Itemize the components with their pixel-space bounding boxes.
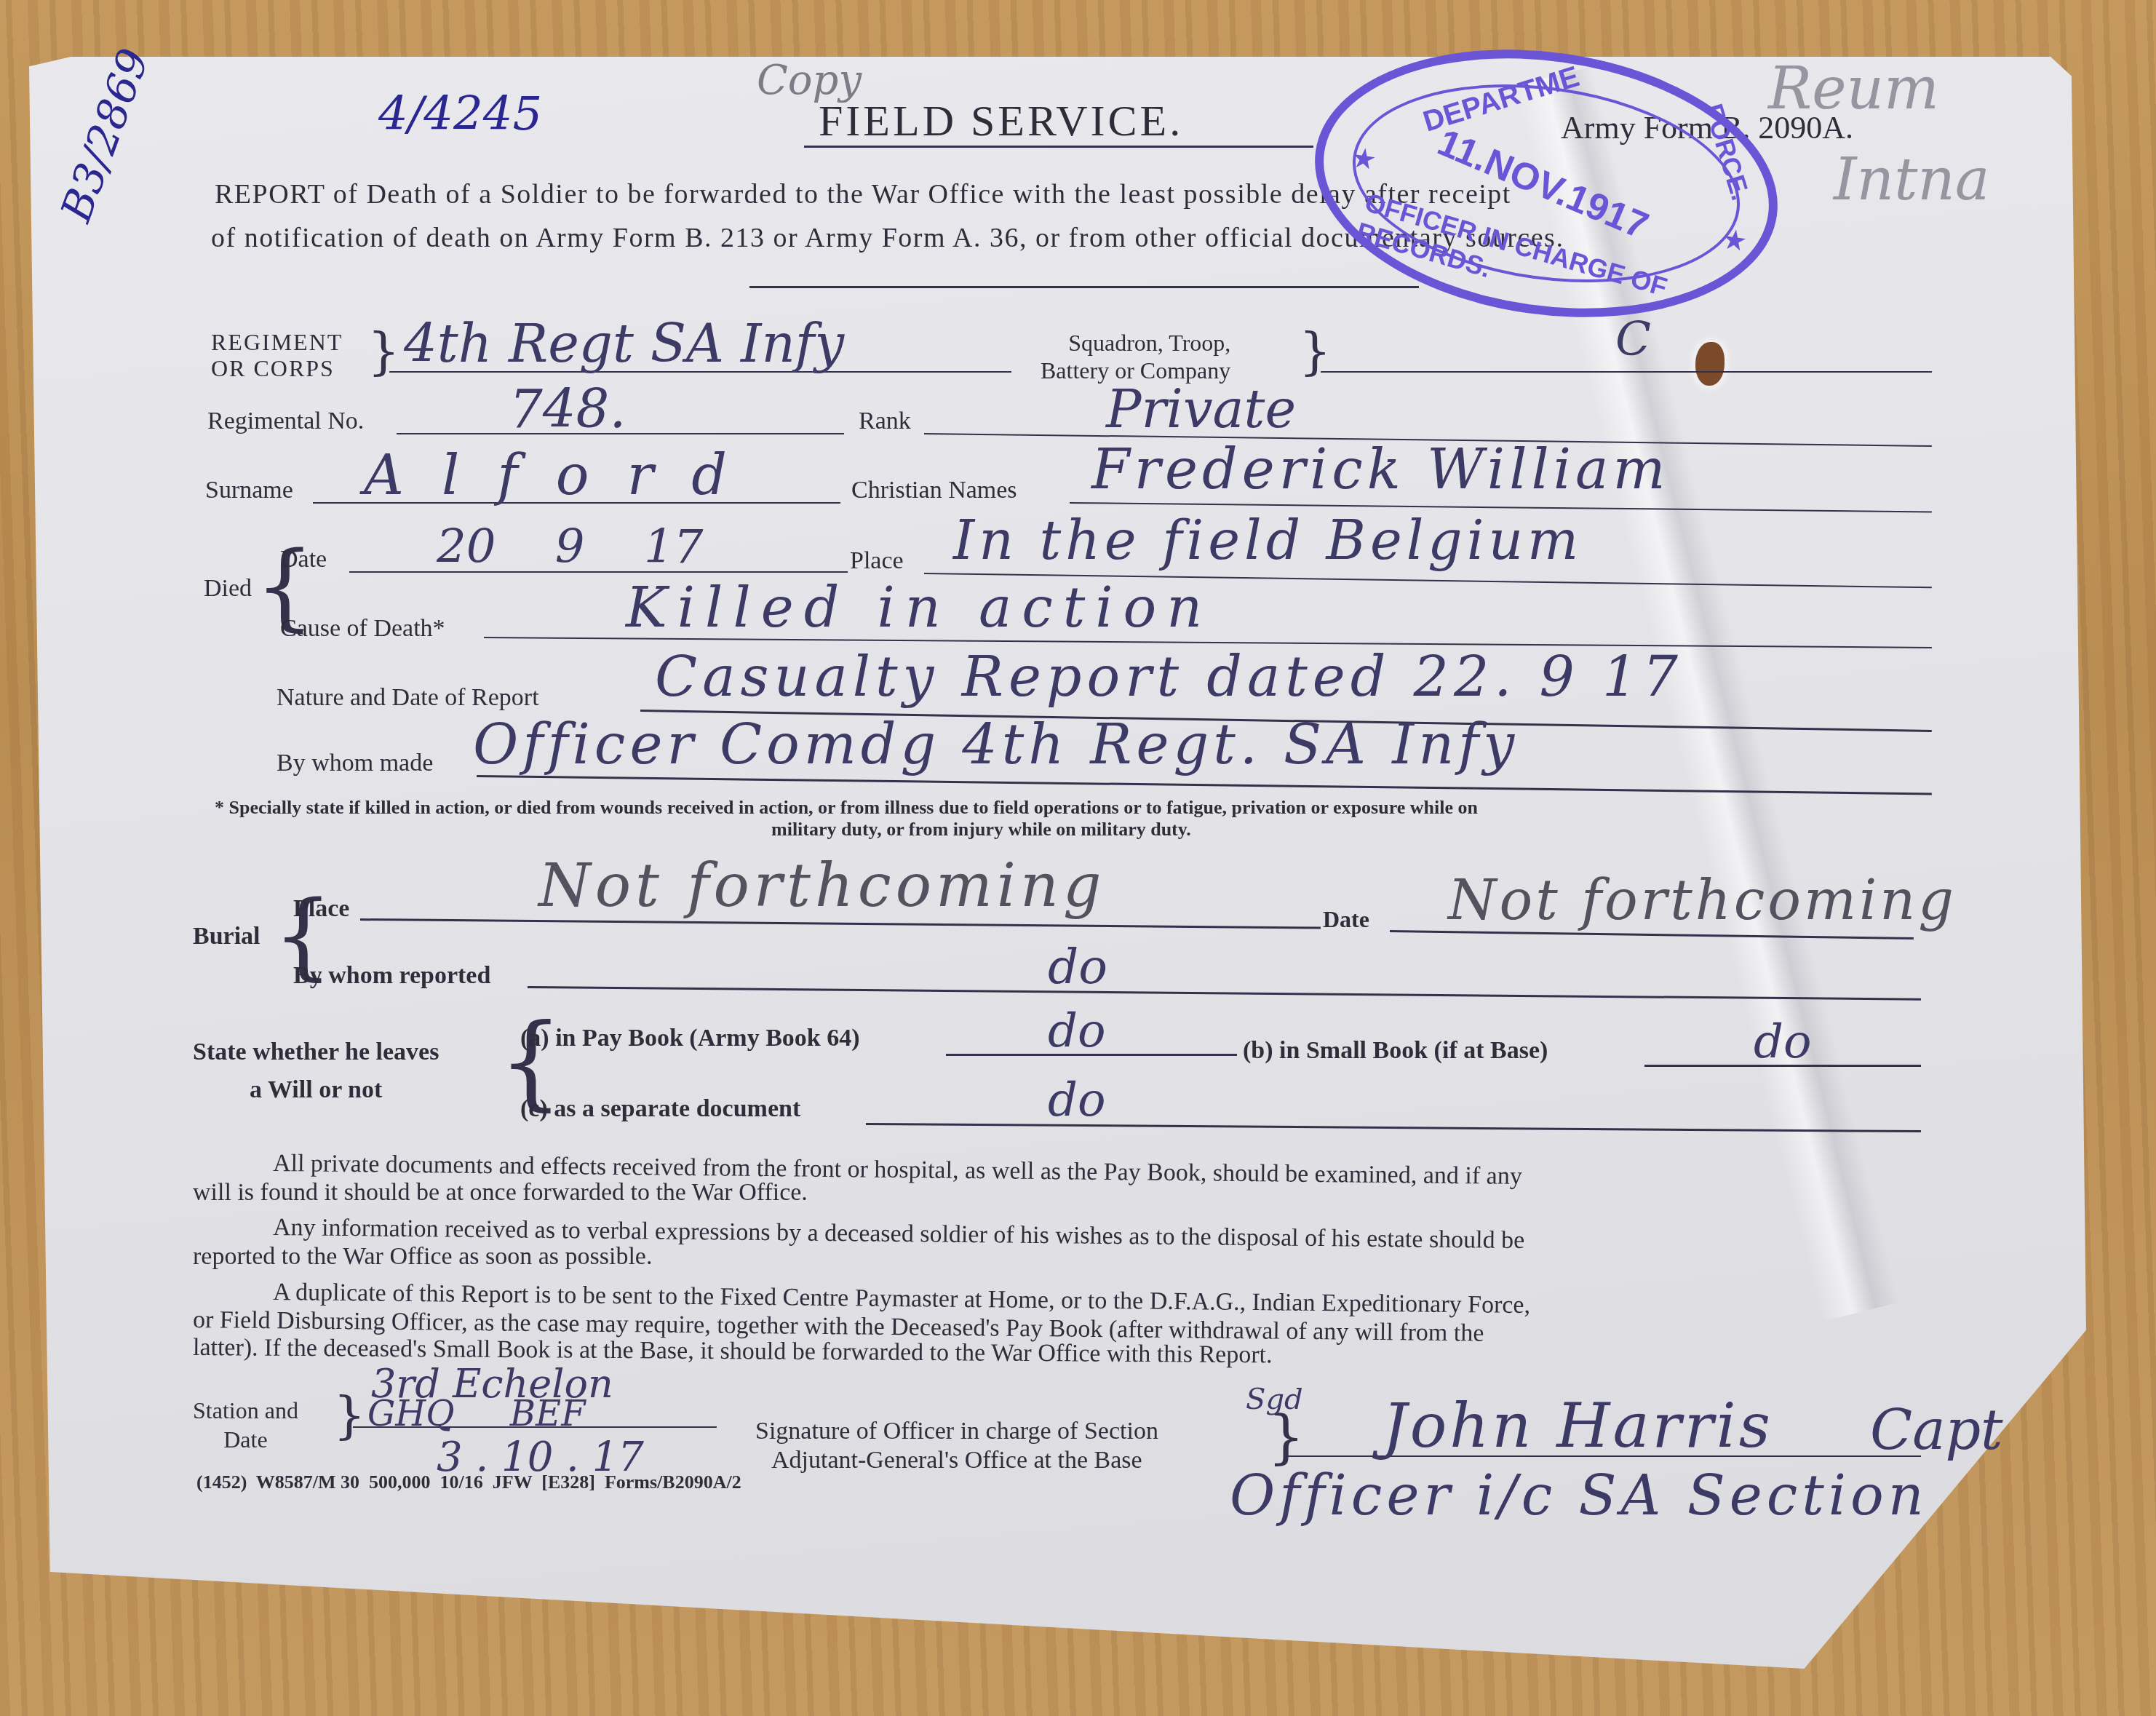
squadron-label: Squadron, Troop, Battery or Company xyxy=(1041,329,1230,384)
will-b-value[interactable]: do xyxy=(1754,1015,1812,1069)
title-underline xyxy=(804,146,1313,148)
will-c-label: (c) as a separate document xyxy=(520,1095,800,1123)
station-label: Station and Date xyxy=(193,1396,298,1454)
regiment-brace: } xyxy=(367,326,400,377)
burial-label: Burial xyxy=(193,923,260,950)
reported-by-value[interactable]: do xyxy=(1048,939,1107,995)
header-divider xyxy=(749,286,1419,288)
died-date-value[interactable]: 20 9 17 xyxy=(437,520,703,574)
form-title: FIELD SERVICE. xyxy=(819,96,1183,146)
squadron-brace: } xyxy=(1299,326,1332,377)
signature-title: Officer i/c SA Section xyxy=(1230,1463,1928,1528)
will-c-value[interactable]: do xyxy=(1048,1073,1106,1127)
burial-place-value[interactable]: Not forthcoming xyxy=(538,851,1105,921)
surname-label: Surname xyxy=(205,477,293,504)
star-icon: ★ xyxy=(1351,143,1377,175)
christian-names-label: Christian Names xyxy=(851,477,1017,504)
by-whom-made-label: By whom made xyxy=(277,750,433,777)
footnote-line-1: * Specially state if killed in action, o… xyxy=(215,797,1478,819)
burial-date-value[interactable]: Not forthcoming xyxy=(1448,867,1957,932)
burial-place-label: Place xyxy=(293,895,349,923)
by-whom-made-value[interactable]: Officer Comdg 4th Regt. SA Infy xyxy=(473,712,1519,776)
nature-report-label: Nature and Date of Report xyxy=(277,684,539,712)
regimental-no-value[interactable]: 748. xyxy=(509,378,626,440)
died-place-label: Place xyxy=(850,547,904,575)
station-value-2[interactable]: GHQ BEF xyxy=(367,1394,585,1434)
burial-date-label: Date xyxy=(1323,906,1369,933)
died-date-label: Date xyxy=(280,546,327,573)
squadron-line xyxy=(1321,371,1932,373)
nature-report-value[interactable]: Casualty Report dated 22. 9 17 xyxy=(655,644,1683,709)
will-label: State whether he leaves a Will or not xyxy=(193,1033,439,1109)
signature-sgd: Sgd xyxy=(1246,1383,1303,1416)
station-brace: } xyxy=(333,1390,366,1441)
surname-value[interactable]: A l f o r d xyxy=(364,442,737,507)
rank-value[interactable]: Private xyxy=(1106,378,1296,440)
rank-label: Rank xyxy=(859,408,911,435)
squadron-value[interactable]: C xyxy=(1615,313,1651,367)
instruction-2-line-2: reported to the War Office as soon as po… xyxy=(193,1243,652,1271)
star-icon: ★ xyxy=(1722,225,1748,257)
will-b-label: (b) in Small Book (if at Base) xyxy=(1243,1037,1548,1065)
instruction-1-line-2: will is found it should be at once forwa… xyxy=(193,1179,808,1207)
signature-label-1: Signature of Officer in charge of Sectio… xyxy=(755,1418,1158,1445)
subtitle-line-1: REPORT of Death of a Soldier to be forwa… xyxy=(215,178,1511,210)
regiment-label: REGIMENT OR CORPS xyxy=(211,329,343,381)
signature-rank: Capt xyxy=(1870,1397,2003,1462)
regiment-value[interactable]: 4th Regt SA Infy xyxy=(404,313,844,374)
regimental-no-label: Regimental No. xyxy=(207,408,364,435)
cause-of-death-label: Cause of Death* xyxy=(280,615,445,643)
cause-of-death-value[interactable]: Killed in action xyxy=(626,575,1212,640)
signature-brace: } xyxy=(1268,1408,1305,1466)
signature-name[interactable]: John Harris xyxy=(1383,1390,1773,1461)
will-a-label: (a) in Pay Book (Army Book 64) xyxy=(520,1025,860,1052)
print-code: (1452) W8587/M 30 500,000 10/16 JFW [E32… xyxy=(196,1471,741,1493)
pencil-note-2: Intna xyxy=(1834,146,1990,213)
footnote-line-2: military duty, or from injury while on m… xyxy=(771,819,1191,841)
died-place-value[interactable]: In the field Belgium xyxy=(953,509,1583,572)
died-label: Died xyxy=(204,575,252,603)
christian-names-value[interactable]: Frederick William xyxy=(1091,437,1669,501)
signature-label-2: Adjutant-General's Office at the Base xyxy=(771,1447,1142,1474)
file-number: 4/4245 xyxy=(378,87,542,141)
will-a-value[interactable]: do xyxy=(1048,1004,1106,1058)
punch-hole xyxy=(1695,342,1725,386)
reported-by-label: By whom reported xyxy=(293,962,490,990)
